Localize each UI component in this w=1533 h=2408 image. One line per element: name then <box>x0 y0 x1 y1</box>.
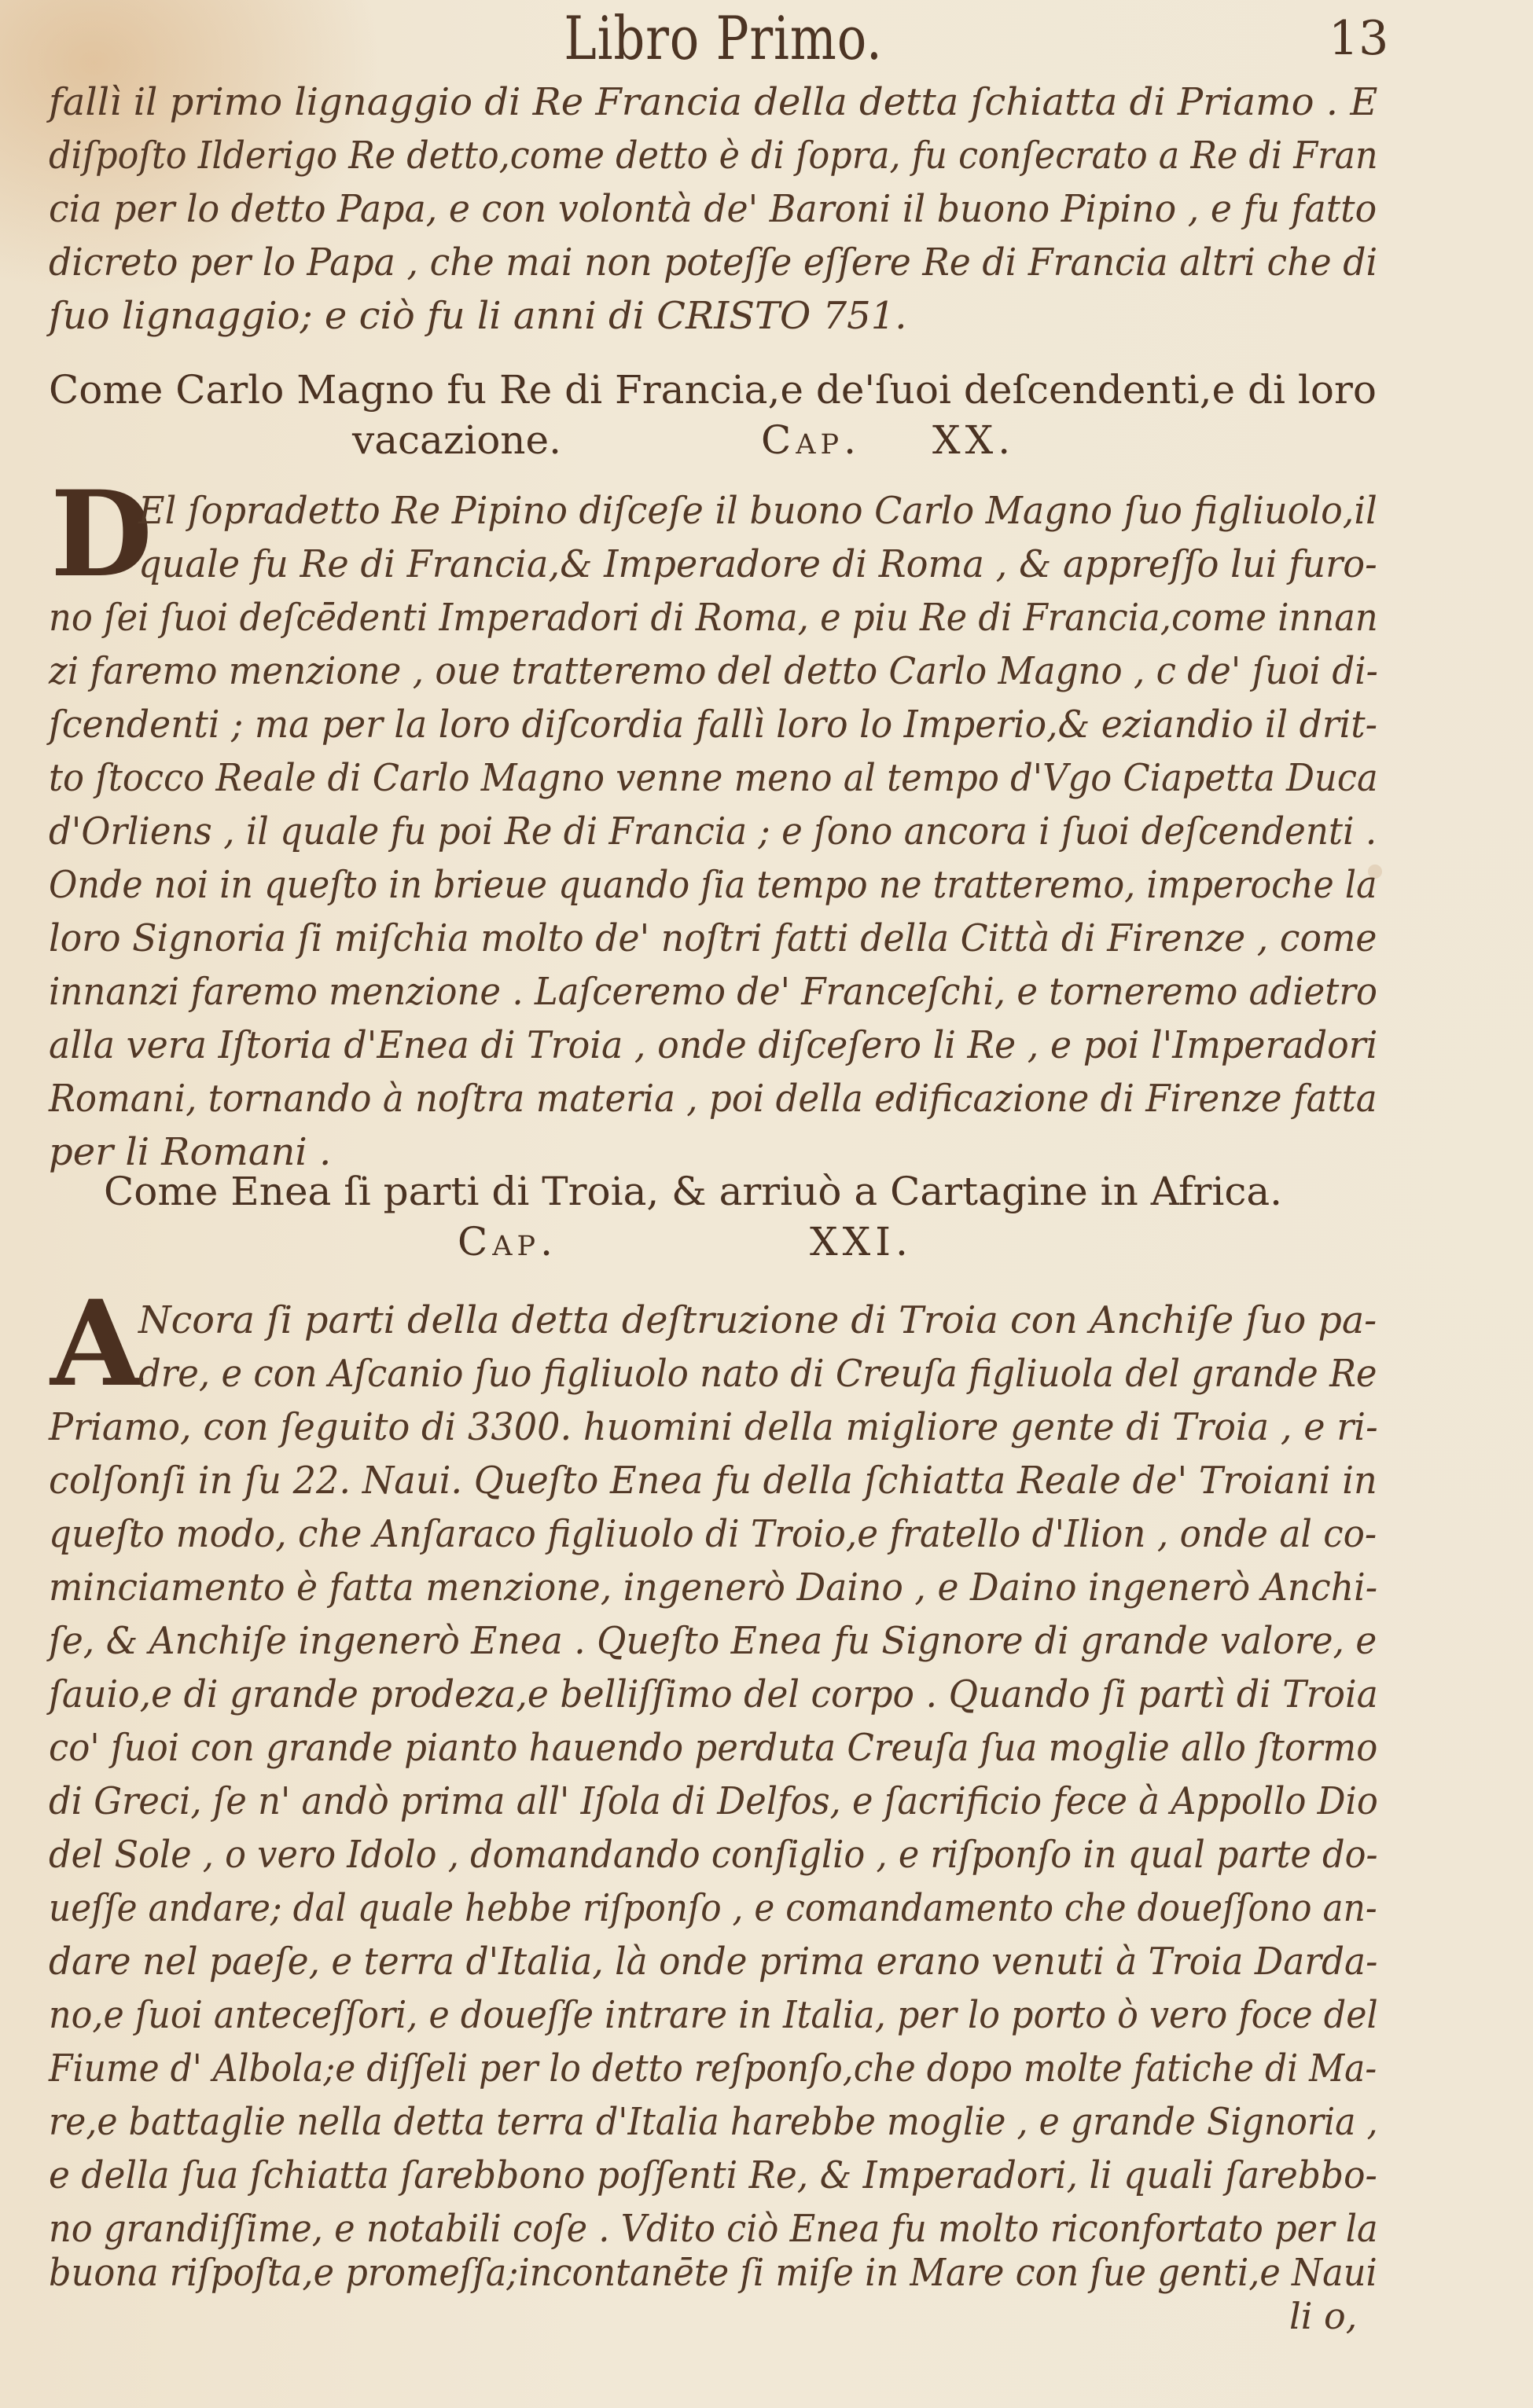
text-line: no ſei ſuoi deſcēdenti Imperadori di Rom… <box>49 594 1378 641</box>
chapter-label: Cap. <box>458 1218 557 1265</box>
text-line: buona riſpoſta,e promeſſa;incontanēte ſi… <box>49 2249 1377 2296</box>
text-line: diſpoſto Ilderigo Re detto,come detto è … <box>49 132 1378 179</box>
text-line: dicreto per lo Papa , che mai non poteſſ… <box>49 239 1377 286</box>
text-line: ueſſe andare; dal quale hebbe riſponſo ,… <box>49 1885 1377 1932</box>
text-line: colſonſi in ſu 22. Naui. Queſto Enea fu … <box>49 1457 1377 1504</box>
text-line: dre, e con Aſcanio ſuo figliuolo nato di… <box>138 1350 1377 1397</box>
text-line: loro Signoria ſi miſchia molto de' noſtr… <box>49 915 1377 962</box>
text-line: ſauio,e di grande prodeza,e belliſſimo d… <box>49 1671 1378 1718</box>
catchword: li o, <box>1289 2295 1357 2337</box>
running-title: Libro Primo. <box>542 3 903 73</box>
text-line: ſcendenti ; ma per la loro diſcordia fal… <box>49 701 1377 748</box>
chapter-number: XX. <box>932 417 1015 464</box>
text-line: innanzi faremo menzione . Laſceremo de' … <box>49 968 1377 1015</box>
text-line: queſto modo, che Anſaraco figliuolo di T… <box>49 1511 1377 1558</box>
text-line: dare nel paeſe, e terra d'Italia, là ond… <box>49 1938 1377 1985</box>
text-line: to ſtocco Reale di Carlo Magno venne men… <box>49 754 1378 802</box>
text-line: Ncora ſi parti della detta deſtruzione d… <box>138 1297 1377 1344</box>
text-line: Romani, tornando à noſtra materia , poi … <box>49 1075 1377 1122</box>
text-line: cia per lo detto Papa, e con volontà de'… <box>49 185 1377 233</box>
chapter-label: Cap. <box>761 417 861 464</box>
chapter-title-line: Come Enea ſi parti di Troia, & arriuò a … <box>104 1168 1282 1215</box>
text-line: ſe, & Anchiſe ingenerò Enea . Queſto Ene… <box>49 1617 1377 1665</box>
chapter-number: XXI. <box>810 1218 913 1265</box>
text-line: minciamento è fatta menzione, ingenerò D… <box>49 1564 1377 1611</box>
text-line: ſuo lignaggio; e ciò fu li anni di CRIST… <box>49 292 1377 340</box>
text-line: no,e ſuoi anteceſſori, e doueſſe intrare… <box>49 1991 1378 2039</box>
page-number: 13 <box>1329 11 1388 66</box>
text-line: quale fu Re di Francia,& Imperadore di R… <box>138 541 1377 588</box>
text-line: di Greci, ſe n' andò prima all' Iſola di… <box>49 1778 1378 1825</box>
text-line: del Sole , o vero Idolo , domandando con… <box>49 1831 1378 1878</box>
chapter-title-line: vacazione. <box>352 417 561 464</box>
text-line: zi faremo menzione , oue tratteremo del … <box>49 648 1378 695</box>
drop-cap: A <box>50 1289 142 1399</box>
text-line: Priamo, con ſeguito di 3300. huomini del… <box>49 1404 1378 1451</box>
text-line: Fiume d' Albola;e diſſeli per lo detto r… <box>49 2045 1377 2092</box>
running-head: Libro Primo. 13 <box>0 0 1533 86</box>
text-line: co' ſuoi con grande pianto hauendo perdu… <box>49 1724 1377 1771</box>
text-line: alla vera Iſtoria d'Enea di Troia , onde… <box>49 1022 1377 1069</box>
text-line: Onde noi in queſto in brieue quando ſia … <box>49 861 1377 909</box>
text-line: fallì il primo lignaggio di Re Francia d… <box>49 79 1377 126</box>
chapter-title-line: Come Carlo Magno fu Re di Francia,e de'ſ… <box>49 366 1377 413</box>
text-line: El ſopradetto Re Pipino diſceſe il buono… <box>138 487 1377 534</box>
text-line: e della ſua ſchiatta ſarebbono poſſenti … <box>49 2152 1377 2199</box>
book-page: Libro Primo. 13 fallì il primo lignaggio… <box>0 0 1533 2408</box>
drop-cap: D <box>50 479 153 589</box>
text-line: d'Orliens , il quale fu poi Re di Franci… <box>49 808 1377 855</box>
text-line: no grandiſſime, e notabili coſe . Vdito … <box>49 2205 1378 2252</box>
text-line: re,e battaglie nella detta terra d'Itali… <box>49 2098 1378 2146</box>
